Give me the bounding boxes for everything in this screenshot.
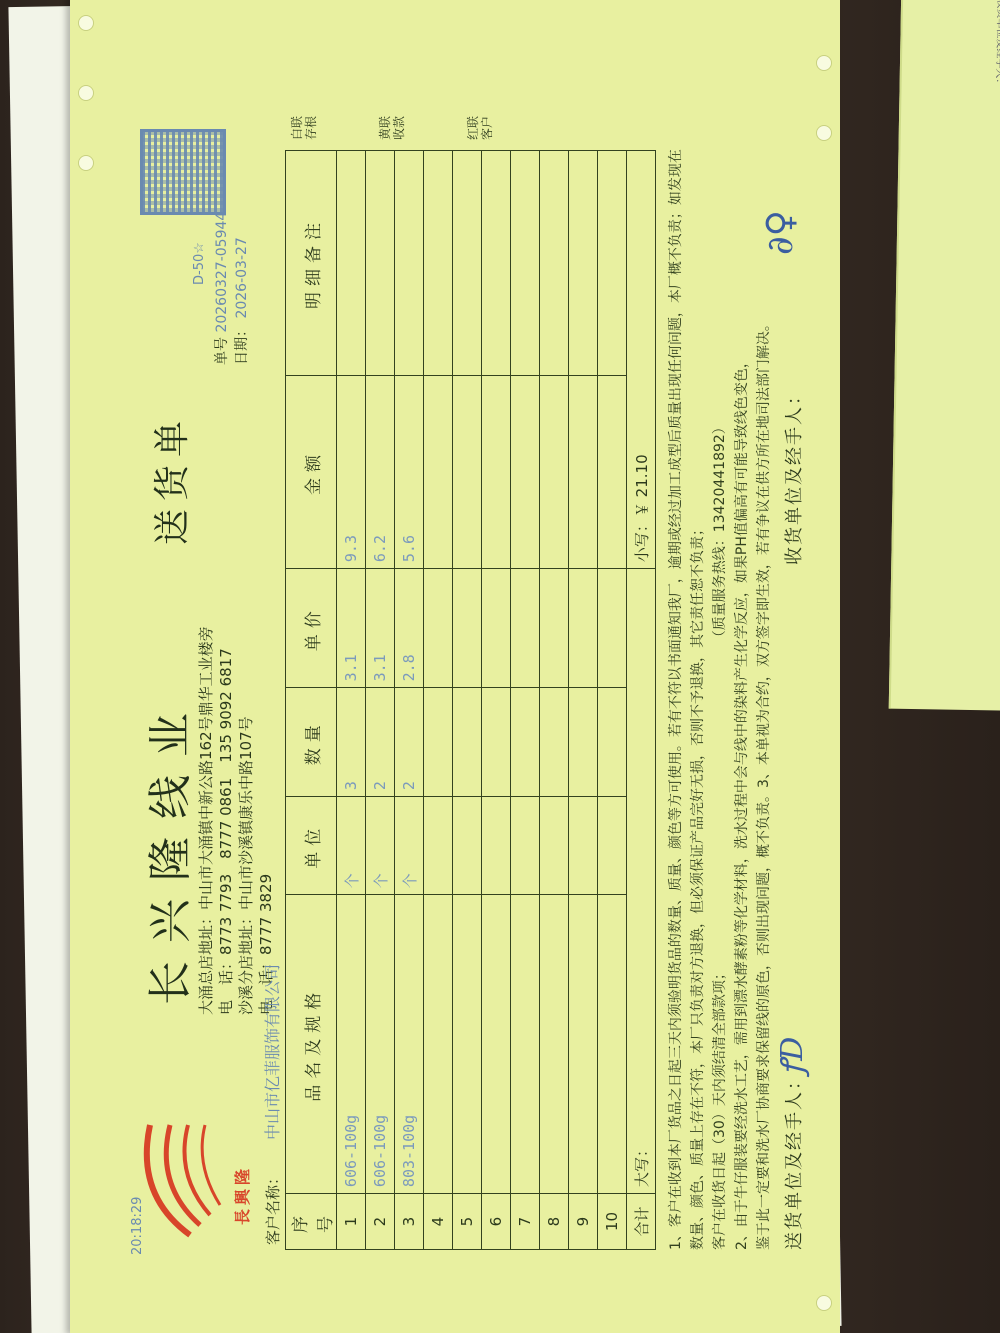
table-row: 1606-100g个33.19.3 [337,151,366,1250]
customer-line: 客户名称：中山市亿菲服饰有限公司 [260,964,283,1245]
doc-date: 2026-03-27 [234,237,250,318]
total-row: 合计 大写： 小写：￥ 21.10 [627,151,656,1250]
handwritten-receiver-signature: ∂♀ [760,210,801,255]
table-row: 5 [453,151,482,1250]
terms-notes: 1、客户在收到本厂货品之日起三天内须验明货品的数量、质量、颜色等方可使用。若有不… [665,140,775,1250]
delivery-note-sheet: 20:18:29 長興隆 长兴隆线业 送货单 大涌总店地址：中山市大涌镇中新公路… [70,0,840,1333]
total-upper: 大写： [627,569,656,1194]
table-row: 7 [511,151,540,1250]
handwritten-signature: ꝭD [770,1037,811,1075]
table-row: 3803-100g个22.85.6 [395,151,424,1250]
customer-name: 中山市亿菲服饰有限公司 [263,964,282,1140]
logo-text: 長興隆 [230,1165,253,1225]
items-table: 序号 品名及规格 单位 数量 单价 金额 明细备注 1606-100g个33.1… [285,150,656,1250]
table-row: 9 [569,151,598,1250]
doc-number: 20260327-05944 [214,212,230,333]
total-amount: 21.10 [633,454,651,497]
delivery-note-content: 20:18:29 長興隆 长兴隆线业 送货单 大涌总店地址：中山市大涌镇中新公路… [120,5,840,1265]
tractor-holes-left [74,0,98,1333]
logo-icon [130,1115,240,1245]
slip2-receiver-label: 收货单位及经手人： [979,0,1000,703]
total-lower: 小写：￥ 21.10 [627,151,656,569]
table-row: 6 [482,151,511,1250]
table-row: 4 [424,151,453,1250]
doc-number-block: 单号 20260327-05944 日期： 2026-03-27 [212,212,252,365]
print-code: D-50☆ [192,242,207,285]
address-block: 大涌总店地址：中山市大涌镇中新公路162号鼎华工业楼旁 电 话：8773 779… [196,626,276,1015]
copy-labels: 白联存根 黄联收款 红联客户 [290,110,554,140]
header: 20:18:29 長興隆 长兴隆线业 送货单 大涌总店地址：中山市大涌镇中新公路… [120,5,280,1265]
company-title: 长兴隆线业 [134,695,198,1005]
receiver-signature-label: 收货单位及经手人： [780,385,806,565]
document-type: 送货单 [144,413,195,545]
table-row: 8 [540,151,569,1250]
second-delivery-slip: 1、客户在收到本厂货品之日起三天内须验明货品的数量、质量、颜色等方可使用。若有不… [889,0,1000,711]
table-row: 2606-100g个23.16.2 [366,151,395,1250]
qr-code-icon [140,129,226,215]
table-header-row: 序号 品名及规格 单位 数量 单价 金额 明细备注 [286,151,337,1250]
sender-signature-label: 送货单位及经手人： [780,1070,806,1250]
table-row: 10 [598,151,627,1250]
